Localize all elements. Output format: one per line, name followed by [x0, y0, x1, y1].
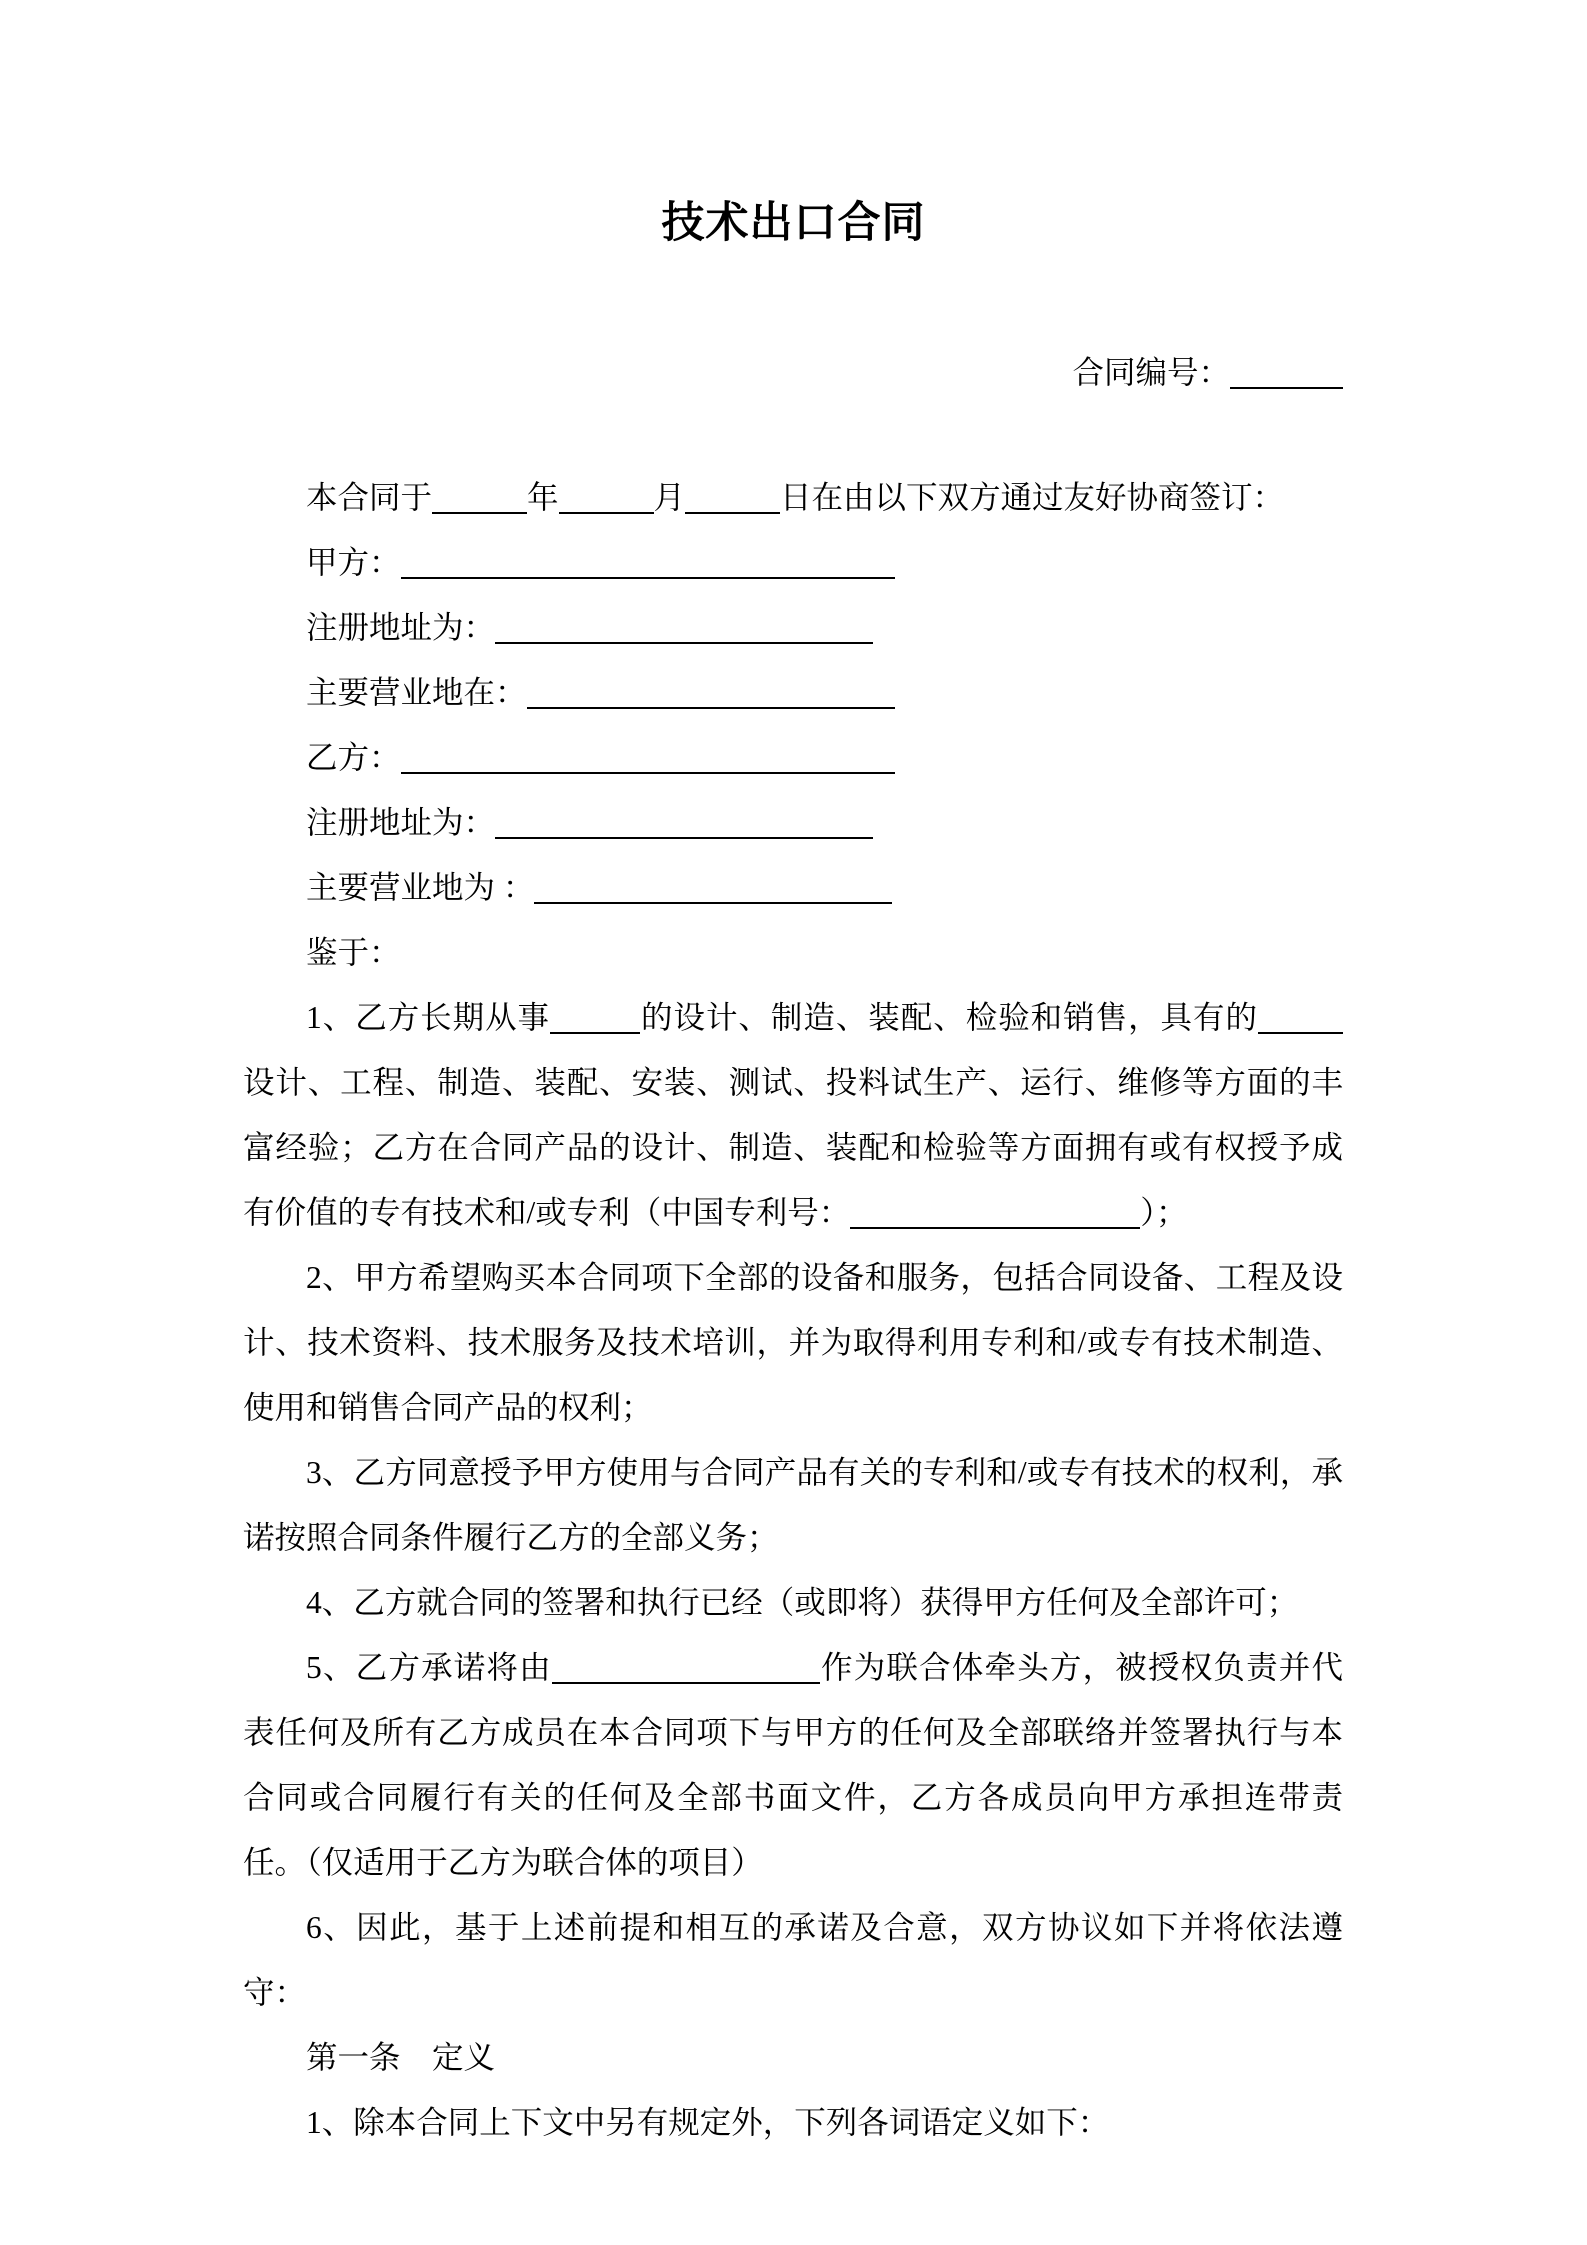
text-run: 的设计、制造、装配、检验和销售，具有的	[640, 1000, 1258, 1035]
fill-in-blank	[401, 742, 895, 774]
document-title: 技术出口合同	[0, 0, 1587, 250]
party-a-registered-address-line: 注册地址为：	[243, 595, 1343, 660]
recital-4: 4、乙方就合同的签署和执行已经（或即将）获得甲方任何及全部许可；	[243, 1570, 1343, 1635]
fill-in-blank	[401, 547, 895, 579]
text-run: ）；	[1140, 1195, 1187, 1230]
recital-1: 1、乙方长期从事的设计、制造、装配、检验和销售，具有的设计、工程、制造、装配、安…	[243, 985, 1343, 1245]
text-run: 乙方：	[306, 740, 401, 775]
contract-number-blank	[1230, 357, 1343, 389]
party-b-line: 乙方：	[243, 725, 1343, 790]
definitions-intro: 1、除本合同上下文中另有规定外，下列各词语定义如下：	[243, 2090, 1343, 2155]
text-run: 1、乙方长期从事	[306, 1000, 550, 1035]
text-run: 4、乙方就合同的签署和执行已经（或即将）获得甲方任何及全部许可；	[306, 1585, 1298, 1620]
text-run: 本合同于	[306, 480, 432, 515]
intro-date-line: 本合同于年月日在由以下双方通过友好协商签订：	[243, 465, 1343, 530]
text-run: 主要营业地为 ：	[306, 870, 534, 905]
text-run: 日在由以下双方通过友好协商签订：	[780, 480, 1284, 515]
text-run: 月	[654, 480, 686, 515]
recital-5: 5、乙方承诺将由作为联合体牵头方，被授权负责并代表任何及所有乙方成员在本合同项下…	[243, 1635, 1343, 1895]
contract-document-page: 技术出口合同 合同编号： 本合同于年月日在由以下双方通过友好协商签订：甲方：注册…	[0, 0, 1587, 2245]
text-run: 鉴于：	[306, 935, 401, 970]
whereas-line: 鉴于：	[243, 920, 1343, 985]
contract-number-line: 合同编号：	[243, 340, 1343, 405]
fill-in-blank	[527, 677, 895, 709]
fill-in-blank	[559, 482, 654, 514]
party-a-line: 甲方：	[243, 530, 1343, 595]
text-run: 5、乙方承诺将由	[306, 1650, 552, 1685]
fill-in-blank	[550, 1002, 640, 1034]
fill-in-blank	[850, 1197, 1140, 1229]
party-a-principal-place-line: 主要营业地在：	[243, 660, 1343, 725]
text-run: 1、除本合同上下文中另有规定外，下列各词语定义如下：	[306, 2105, 1109, 2140]
recital-3: 3、乙方同意授予甲方使用与合同产品有关的专利和/或专有技术的权利，承诺按照合同条…	[243, 1440, 1343, 1570]
contract-number-label: 合同编号：	[1072, 355, 1230, 390]
fill-in-blank	[432, 482, 527, 514]
article-1-heading: 第一条 定义	[243, 2025, 1343, 2090]
text-run: 甲方：	[306, 545, 401, 580]
text-run: 注册地址为：	[306, 610, 495, 645]
fill-in-blank	[1258, 1002, 1343, 1034]
text-run: 第一条 定义	[306, 2040, 495, 2075]
party-b-principal-place-line: 主要营业地为 ：	[243, 855, 1343, 920]
text-run: 主要营业地在：	[306, 675, 527, 710]
text-run: 注册地址为：	[306, 805, 495, 840]
text-run: 6、因此，基于上述前提和相互的承诺及合意，双方协议如下并将依法遵守：	[243, 1910, 1343, 2010]
text-run: 3、乙方同意授予甲方使用与合同产品有关的专利和/或专有技术的权利，承诺按照合同条…	[243, 1455, 1343, 1555]
text-run: 年	[527, 480, 559, 515]
recital-6: 6、因此，基于上述前提和相互的承诺及合意，双方协议如下并将依法遵守：	[243, 1895, 1343, 2025]
fill-in-blank	[685, 482, 780, 514]
recital-2: 2、甲方希望购买本合同项下全部的设备和服务，包括合同设备、工程及设计、技术资料、…	[243, 1245, 1343, 1440]
party-b-registered-address-line: 注册地址为：	[243, 790, 1343, 855]
fill-in-blank	[495, 807, 873, 839]
text-run: 2、甲方希望购买本合同项下全部的设备和服务，包括合同设备、工程及设计、技术资料、…	[243, 1260, 1343, 1425]
fill-in-blank	[495, 612, 873, 644]
fill-in-blank	[534, 872, 892, 904]
contract-body: 本合同于年月日在由以下双方通过友好协商签订：甲方：注册地址为：主要营业地在：乙方…	[243, 465, 1343, 2155]
fill-in-blank	[552, 1652, 820, 1684]
